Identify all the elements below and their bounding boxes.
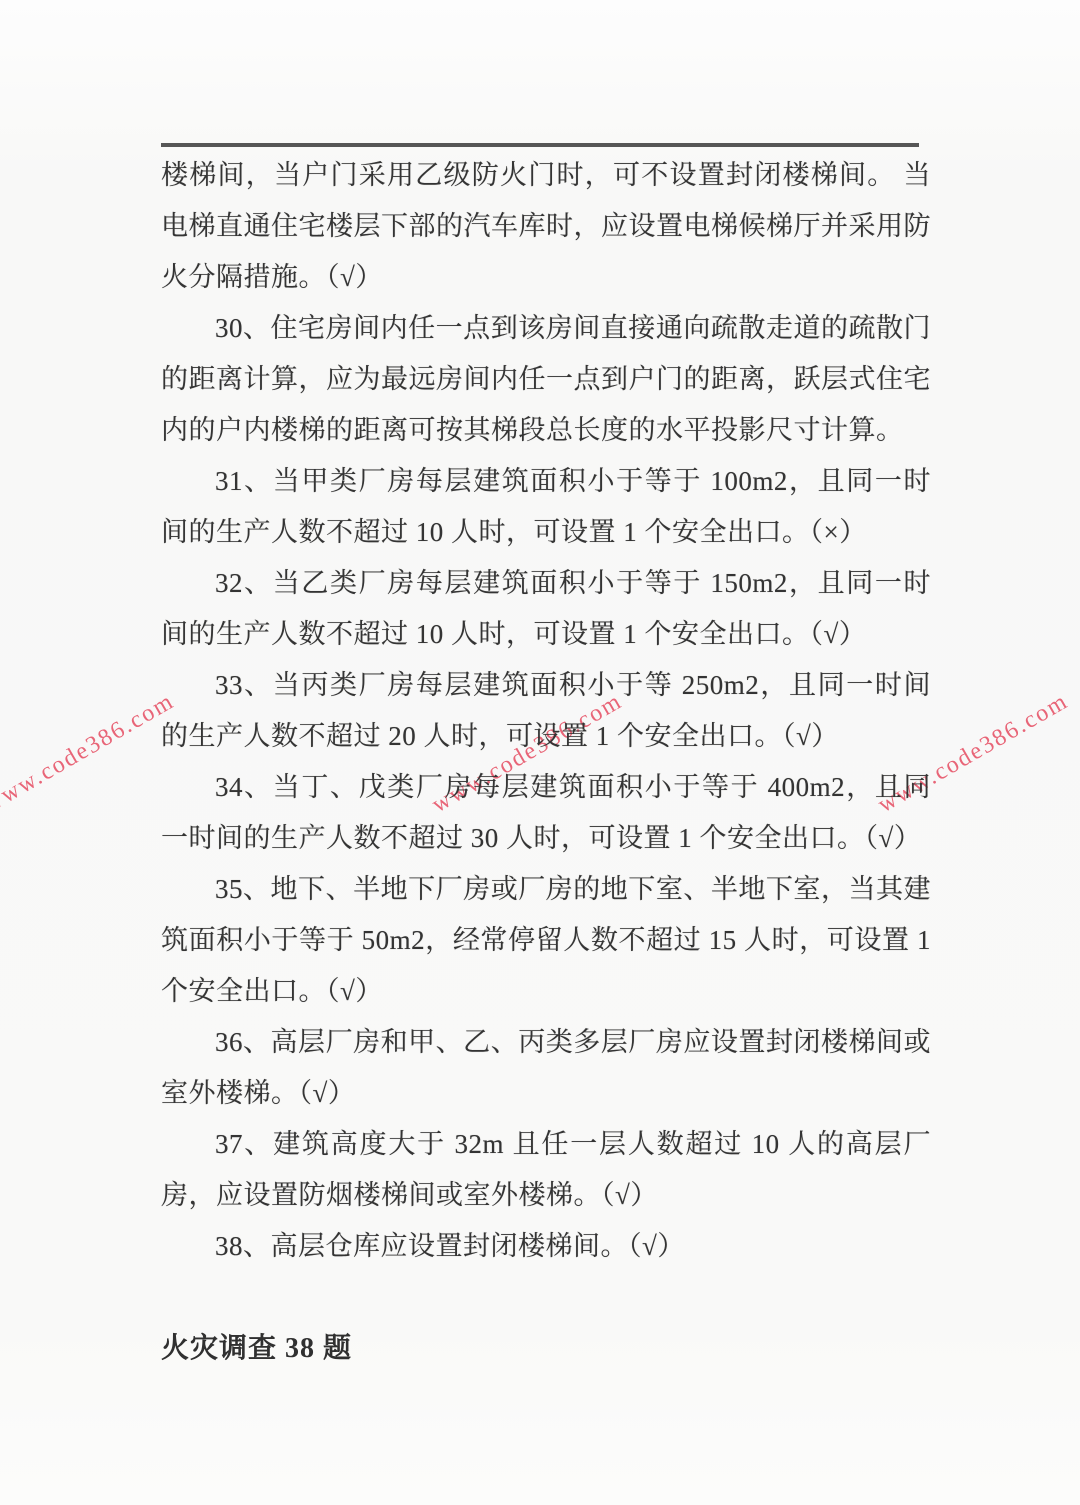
watermark-text: www.code386.com [0,688,179,819]
question-33: 33、当丙类厂房每层建筑面积小于等 250m2，且同一时间的生产人数不超过 20… [161,660,931,762]
question-36: 36、高层厂房和甲、乙、丙类多层厂房应设置封闭楼梯间或室外楼梯。（√） [161,1017,931,1119]
question-34: 34、当丁、戊类厂房每层建筑面积小于等于 400m2，且同一时间的生产人数不超过… [161,762,931,864]
question-31: 31、当甲类厂房每层建筑面积小于等于 100m2，且同一时间的生产人数不超过 1… [161,456,931,558]
document-body: 楼梯间，当户门采用乙级防火门时，可不设置封闭楼梯间。 当电梯直通住宅楼层下部的汽… [161,143,931,1374]
question-37: 37、建筑高度大于 32m 且任一层人数超过 10 人的高层厂房，应设置防烟楼梯… [161,1119,931,1221]
question-30: 30、住宅房间内任一点到该房间直接通向疏散走道的疏散门的距离计算，应为最远房间内… [161,303,931,456]
section-heading: 火灾调查 38 题 [161,1323,931,1374]
question-32: 32、当乙类厂房每层建筑面积小于等于 150m2，且同一时间的生产人数不超过 1… [161,558,931,660]
question-38: 38、高层仓库应设置封闭楼梯间。（√） [161,1221,931,1272]
paragraph-continuation: 楼梯间，当户门采用乙级防火门时，可不设置封闭楼梯间。 当电梯直通住宅楼层下部的汽… [161,150,931,303]
top-rule [161,143,919,147]
question-35: 35、地下、半地下厂房或厂房的地下室、半地下室，当其建筑面积小于等于 50m2，… [161,864,931,1017]
document-page: www.code386.com www.code386.com www.code… [0,0,1080,1505]
